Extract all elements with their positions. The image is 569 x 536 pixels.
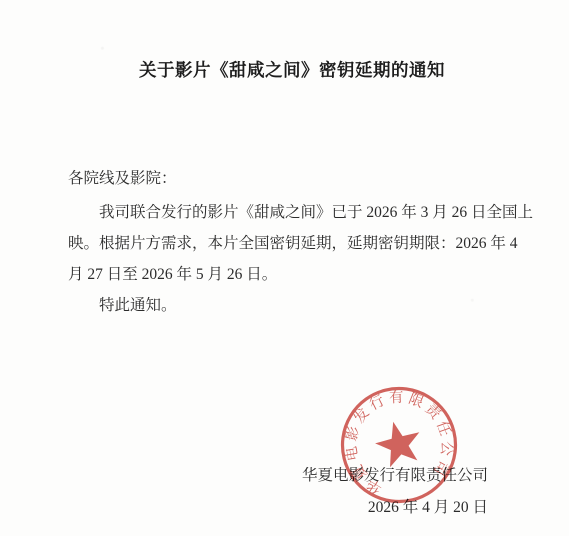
body-line: 月 27 日至 2026 年 5 月 26 日。: [68, 259, 488, 290]
notice-title: 关于影片《甜咸之间》密钥延期的通知: [82, 60, 502, 80]
body-line: 映。根据片方需求，本片全国密钥延期，延期密钥期限：2026 年 4: [68, 228, 488, 259]
closing-line: 特此通知。: [68, 290, 488, 321]
signature-date: 2026 年 4 月 20 日: [68, 492, 488, 524]
salutation: 各院线及影院：: [68, 163, 488, 194]
notice-page: 关于影片《甜咸之间》密钥延期的通知 各院线及影院： 我司联合发行的影片《甜咸之间…: [0, 0, 569, 536]
signature-company: 华夏电影发行有限责任公司: [68, 460, 488, 492]
signature-block: 华夏电影发行有限责任公司 2026 年 4 月 20 日: [68, 460, 488, 524]
body-line: 我司联合发行的影片《甜咸之间》已于 2026 年 3 月 26 日全国上: [68, 197, 488, 228]
notice-body: 各院线及影院： 我司联合发行的影片《甜咸之间》已于 2026 年 3 月 26 …: [68, 163, 488, 321]
